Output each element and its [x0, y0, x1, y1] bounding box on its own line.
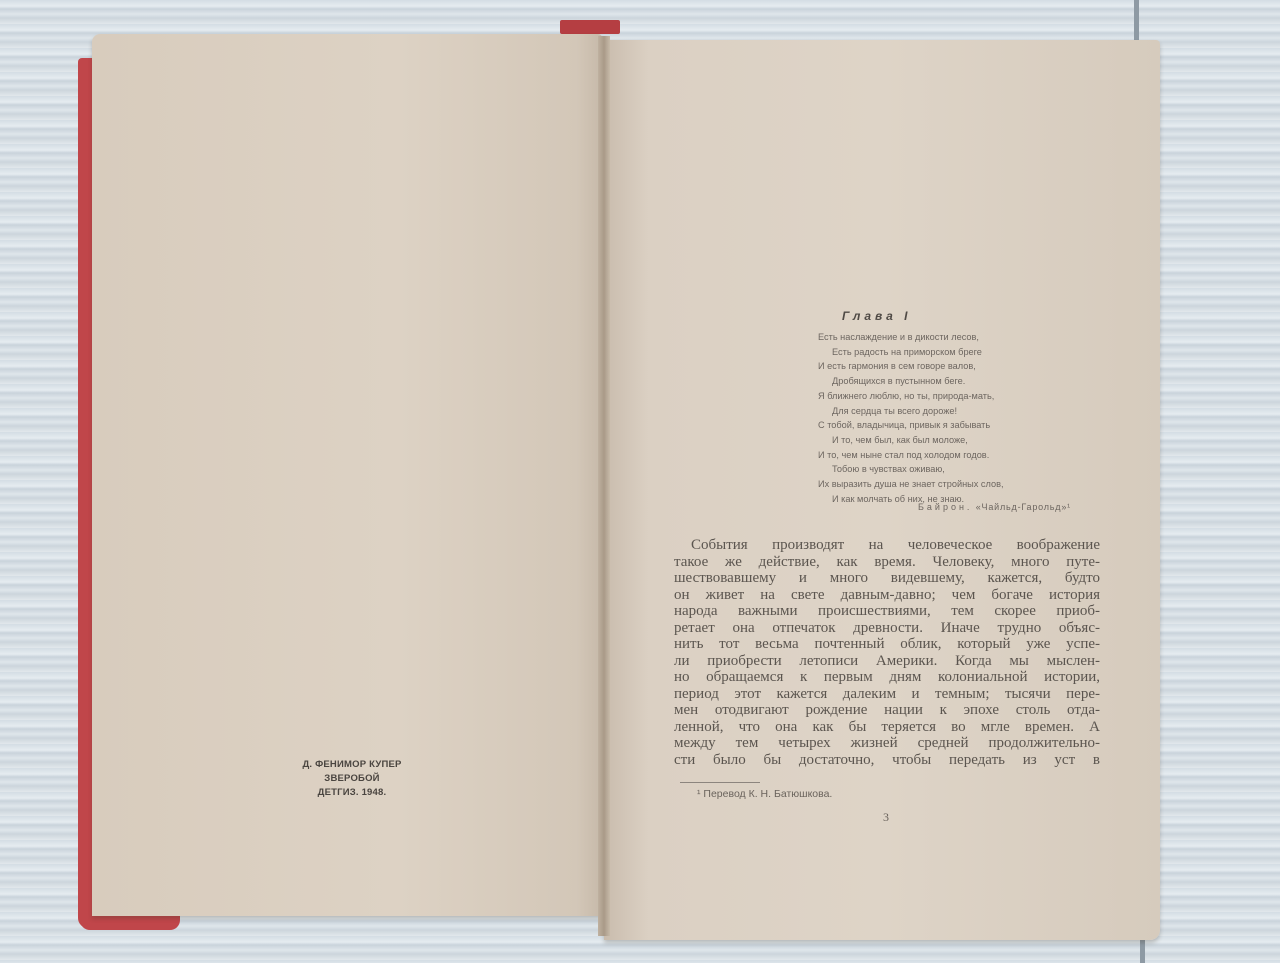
- epigraph-attribution: Байрон. «Чайльд-Гарольд»¹: [918, 502, 1071, 512]
- body-line: ленной, что она как бы теряется во мгле …: [674, 719, 1100, 736]
- attribution-author: Байрон.: [918, 502, 972, 512]
- epigraph-line: И то, чем ныне стал под холодом годов.: [818, 448, 1148, 463]
- body-line: он живет на свете давным-давно; чем бога…: [674, 587, 1100, 604]
- body-line: ли приобрести летописи Америки. Когда мы…: [674, 653, 1100, 670]
- title-imprint: Д. ФЕНИМОР КУПЕР ЗВЕРОБОЙ ДЕТГИЗ. 1948.: [272, 758, 432, 800]
- epigraph-line: И есть гармония в сем говоре валов,: [818, 359, 1148, 374]
- epigraph-line: Их выразить душа не знает стройных слов,: [818, 477, 1148, 492]
- body-line: между тем четырех жизней средней продолж…: [674, 735, 1100, 752]
- body-line: такое же действие, как время. Человеку, …: [674, 554, 1100, 571]
- footnote: ¹ Перевод К. Н. Батюшкова.: [697, 788, 832, 800]
- body-paragraph: События производят на человеческое вообр…: [674, 537, 1100, 768]
- epigraph-line: Есть радость на приморском бреге: [818, 345, 1148, 360]
- body-line: но обращаемся к первым дням колониальной…: [674, 669, 1100, 686]
- body-line: мен отодвигают рождение нации к эпохе ст…: [674, 702, 1100, 719]
- body-line: нить тот весьма почтенный облик, который…: [674, 636, 1100, 653]
- imprint-author: Д. ФЕНИМОР КУПЕР: [272, 758, 432, 772]
- body-line: шествовавшему и много видевшему, кажется…: [674, 570, 1100, 587]
- imprint-publisher: ДЕТГИЗ. 1948.: [272, 786, 432, 800]
- body-line: События производят на человеческое вообр…: [674, 537, 1100, 554]
- epigraph-line: Для сердца ты всего дороже!: [818, 404, 1148, 419]
- book-gutter: [598, 36, 610, 936]
- chapter-title: Глава I: [842, 309, 911, 323]
- imprint-title: ЗВЕРОБОЙ: [272, 772, 432, 786]
- page-number: 3: [883, 810, 889, 825]
- epigraph-line: Есть наслаждение и в дикости лесов,: [818, 330, 1148, 345]
- epigraph-line: Дробящихся в пустынном беге.: [818, 374, 1148, 389]
- epigraph-line: Тобою в чувствах оживаю,: [818, 462, 1148, 477]
- book-cover-top-edge: [560, 20, 620, 34]
- epigraph-line: Я ближнего люблю, но ты, природа-мать,: [818, 389, 1148, 404]
- body-line: народа важными происшествиями, тем скоре…: [674, 603, 1100, 620]
- body-line: сти было бы достаточно, чтобы передать и…: [674, 752, 1100, 769]
- body-line: период этот кажется далеким и темным; ты…: [674, 686, 1100, 703]
- epigraph-line: И то, чем был, как был моложе,: [818, 433, 1148, 448]
- footnote-divider: [680, 782, 760, 783]
- body-line: ретает она отпечаток древности. Иначе тр…: [674, 620, 1100, 637]
- attribution-work: «Чайльд-Гарольд»¹: [976, 502, 1071, 512]
- epigraph-line: С тобой, владычица, привык я забывать: [818, 418, 1148, 433]
- epigraph: Есть наслаждение и в дикости лесов, Есть…: [818, 330, 1148, 506]
